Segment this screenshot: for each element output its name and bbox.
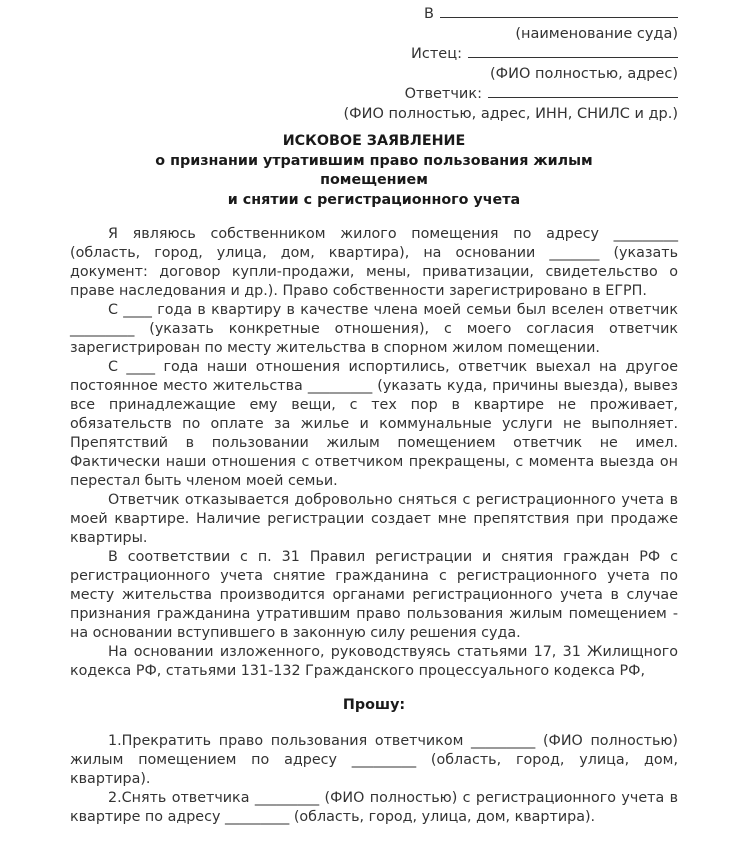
document-title: ИСКОВОЕ ЗАЯВЛЕНИЕ о признании утратившим… — [70, 132, 678, 210]
document-body: Я являюсь собственником жилого помещения… — [70, 225, 678, 827]
document-header: В (наименование суда) Истец: (ФИО полнос… — [258, 4, 678, 125]
defendant-line: Ответчик: — [258, 84, 678, 105]
court-blank — [440, 4, 678, 18]
paragraph-move-out: С ____ года наши отношения испортились, … — [70, 358, 678, 491]
title-line-1: ИСКОВОЕ ЗАЯВЛЕНИЕ — [70, 132, 678, 152]
plaintiff-hint: (ФИО полностью, адрес) — [258, 65, 678, 85]
court-line: В — [258, 4, 678, 25]
court-prefix: В — [424, 6, 434, 22]
defendant-blank — [488, 84, 678, 98]
plaintiff-line: Истец: — [258, 44, 678, 65]
request-item-2: 2.Снять ответчика _________ (ФИО полност… — [70, 789, 678, 827]
court-hint: (наименование суда) — [258, 25, 678, 45]
title-line-3: помещением — [70, 171, 678, 191]
paragraph-move-in: С ____ года в квартиру в качестве члена … — [70, 301, 678, 358]
title-line-4: и снятии с регистрационного учета — [70, 191, 678, 211]
plaintiff-blank — [468, 44, 678, 58]
paragraph-legal-basis: В соответствии с п. 31 Правил регистраци… — [70, 548, 678, 643]
defendant-label: Ответчик: — [405, 86, 482, 102]
request-item-1: 1.Прекратить право пользования ответчико… — [70, 732, 678, 789]
paragraph-citation: На основании изложенного, руководствуясь… — [70, 643, 678, 681]
paragraph-refusal: Ответчик отказывается добровольно снятьс… — [70, 491, 678, 548]
request-heading: Прошу: — [70, 696, 678, 715]
defendant-hint: (ФИО полностью, адрес, ИНН, СНИЛС и др.) — [258, 105, 678, 125]
plaintiff-label: Истец: — [411, 46, 462, 62]
title-line-2: о признании утратившим право пользования… — [70, 152, 678, 172]
paragraph-ownership: Я являюсь собственником жилого помещения… — [70, 225, 678, 301]
